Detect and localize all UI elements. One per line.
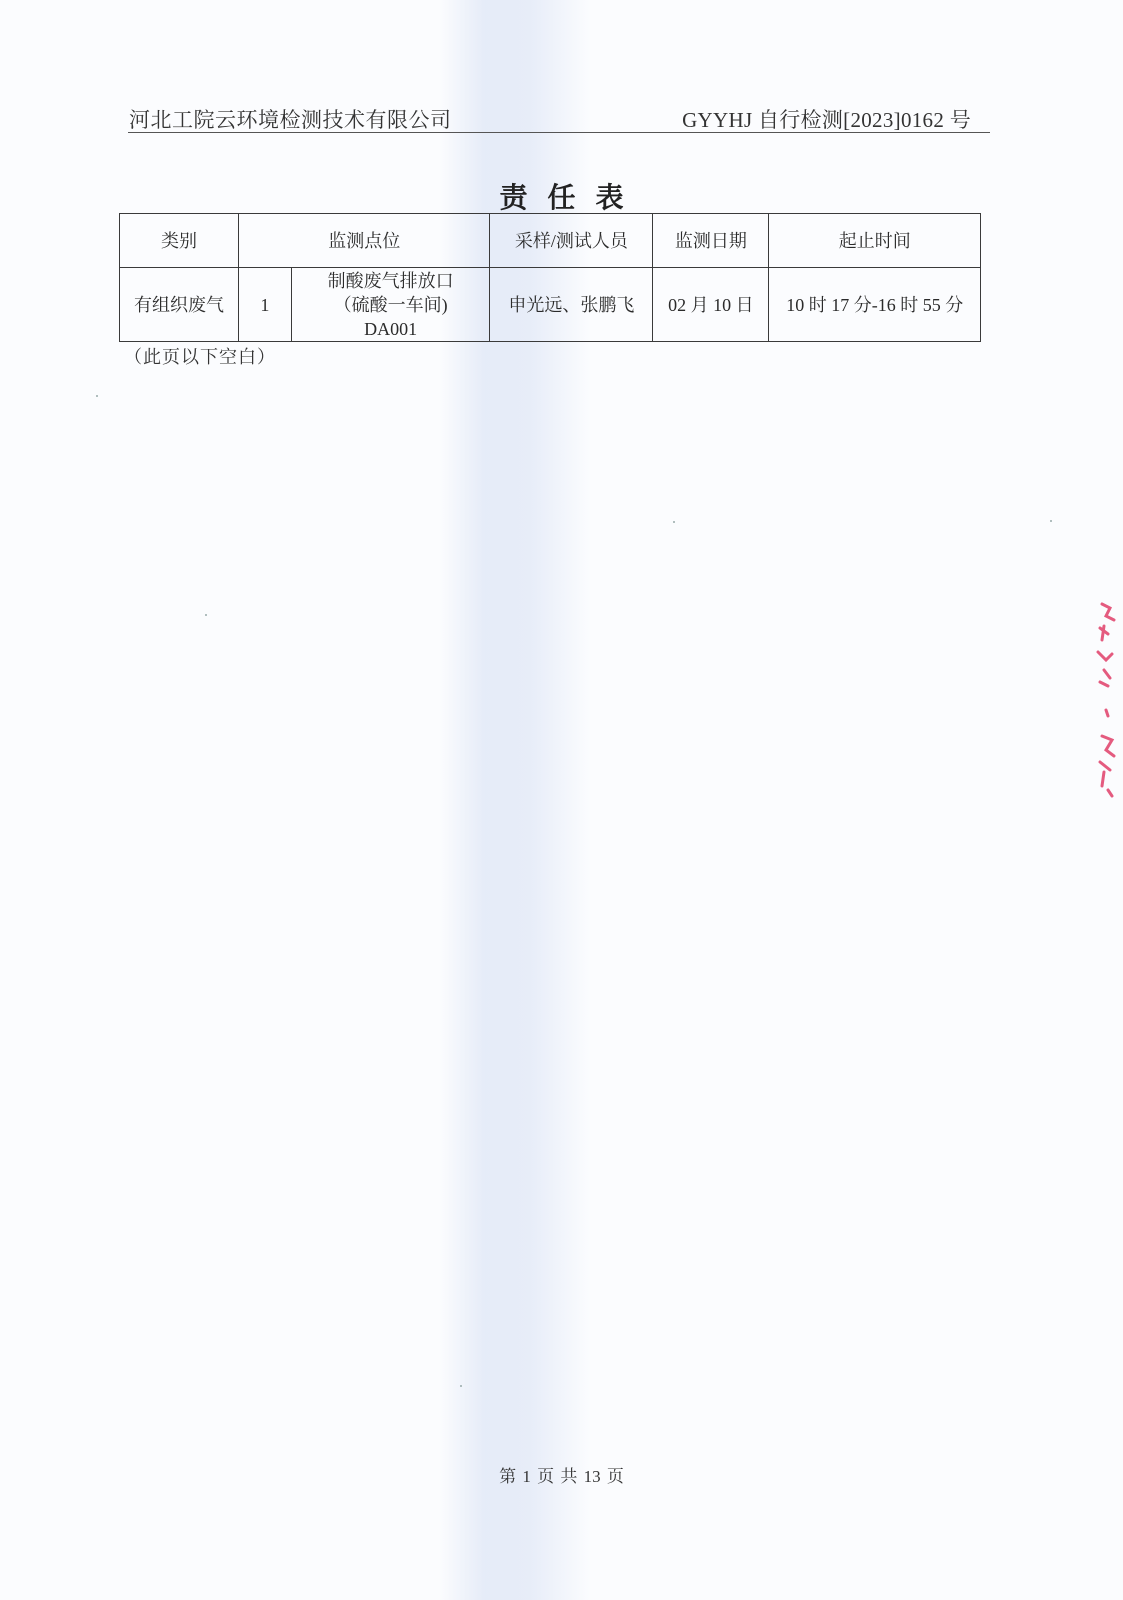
scan-speck [205,614,207,616]
scan-speck [673,521,675,523]
cell-time-range: 10 时 17 分-16 时 55 分 [769,268,981,342]
header-divider [128,132,990,133]
location-line-2: （硫酸一车间) [292,293,490,317]
scan-speck [96,395,98,397]
header-location: 监测点位 [239,214,490,268]
company-name: 河北工院云环境检测技术有限公司 [129,104,452,134]
location-line-1: 制酸废气排放口 [292,269,490,293]
header-date: 监测日期 [653,214,769,268]
document-title: 责任表 [0,176,1123,216]
page-number: 第 1 页 共 13 页 [0,1462,1123,1487]
blank-page-note: （此页以下空白） [124,343,276,369]
report-number: GYYHJ 自行检测[2023]0162 号 [682,104,971,134]
header-category: 类别 [120,214,239,268]
cell-category: 有组织废气 [120,268,239,342]
location-line-3: DA001 [292,317,490,341]
table-row: 有组织废气 1 制酸废气排放口 （硫酸一车间) DA001 申光远、张鹏飞 02… [120,268,981,342]
cell-staff: 申光远、张鹏飞 [490,268,653,342]
scan-speck [460,1385,462,1387]
header-staff: 采样/测试人员 [490,214,653,268]
header-time-range: 起止时间 [769,214,981,268]
seal-stamp-icon [1088,600,1123,800]
cell-index: 1 [239,268,292,342]
cell-date: 02 月 10 日 [653,268,769,342]
responsibility-table: 类别 监测点位 采样/测试人员 监测日期 起止时间 有组织废气 1 制酸废气排放… [119,213,981,342]
table-header-row: 类别 监测点位 采样/测试人员 监测日期 起止时间 [120,214,981,268]
scan-speck [1050,520,1052,522]
cell-location: 制酸废气排放口 （硫酸一车间) DA001 [291,268,490,342]
